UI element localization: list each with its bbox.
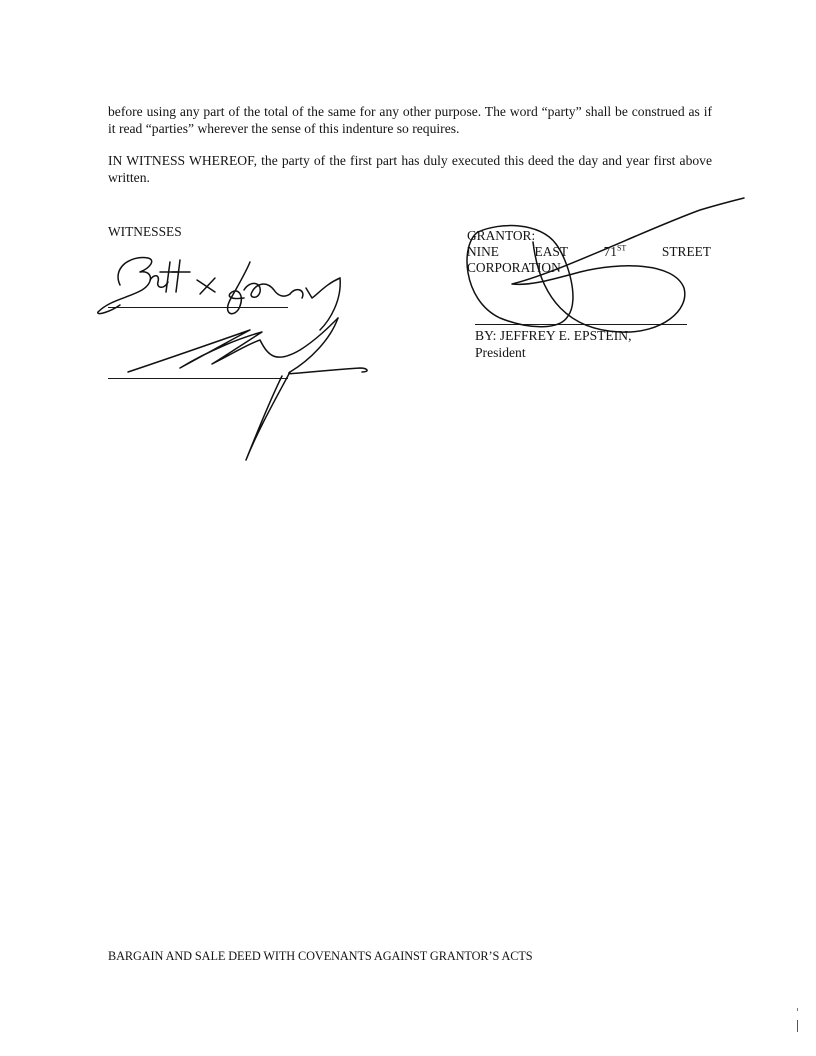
witness-2-signature <box>128 318 338 372</box>
witness-1-signature-line <box>108 307 288 308</box>
grantor-label: GRANTOR: <box>467 228 711 244</box>
grantor-block: GRANTOR: NINE EAST 71ST STREET CORPORATI… <box>467 228 711 276</box>
signatory-name: BY: JEFFREY E. EPSTEIN, <box>475 327 631 344</box>
signatory-title: President <box>475 344 631 361</box>
scan-artifact <box>797 1020 798 1032</box>
grantor-name-line-1: NINE EAST 71ST STREET <box>467 244 711 260</box>
body-paragraph-closing: before using any part of the total of th… <box>108 103 712 137</box>
document-page: before using any part of the total of th… <box>0 0 816 1056</box>
document-footer: BARGAIN AND SALE DEED WITH COVENANTS AGA… <box>108 949 533 964</box>
witness-1-signature <box>98 258 152 314</box>
grantor-name-line-2: CORPORATION <box>467 260 711 276</box>
grantor-signature-line <box>475 324 687 325</box>
witness-2-signature-line <box>108 378 288 379</box>
grantor-signatory: BY: JEFFREY E. EPSTEIN, President <box>475 327 631 361</box>
in-witness-whereof-paragraph: IN WITNESS WHEREOF, the party of the fir… <box>108 152 712 186</box>
scan-artifact <box>797 1008 798 1011</box>
witnesses-label: WITNESSES <box>108 224 182 240</box>
